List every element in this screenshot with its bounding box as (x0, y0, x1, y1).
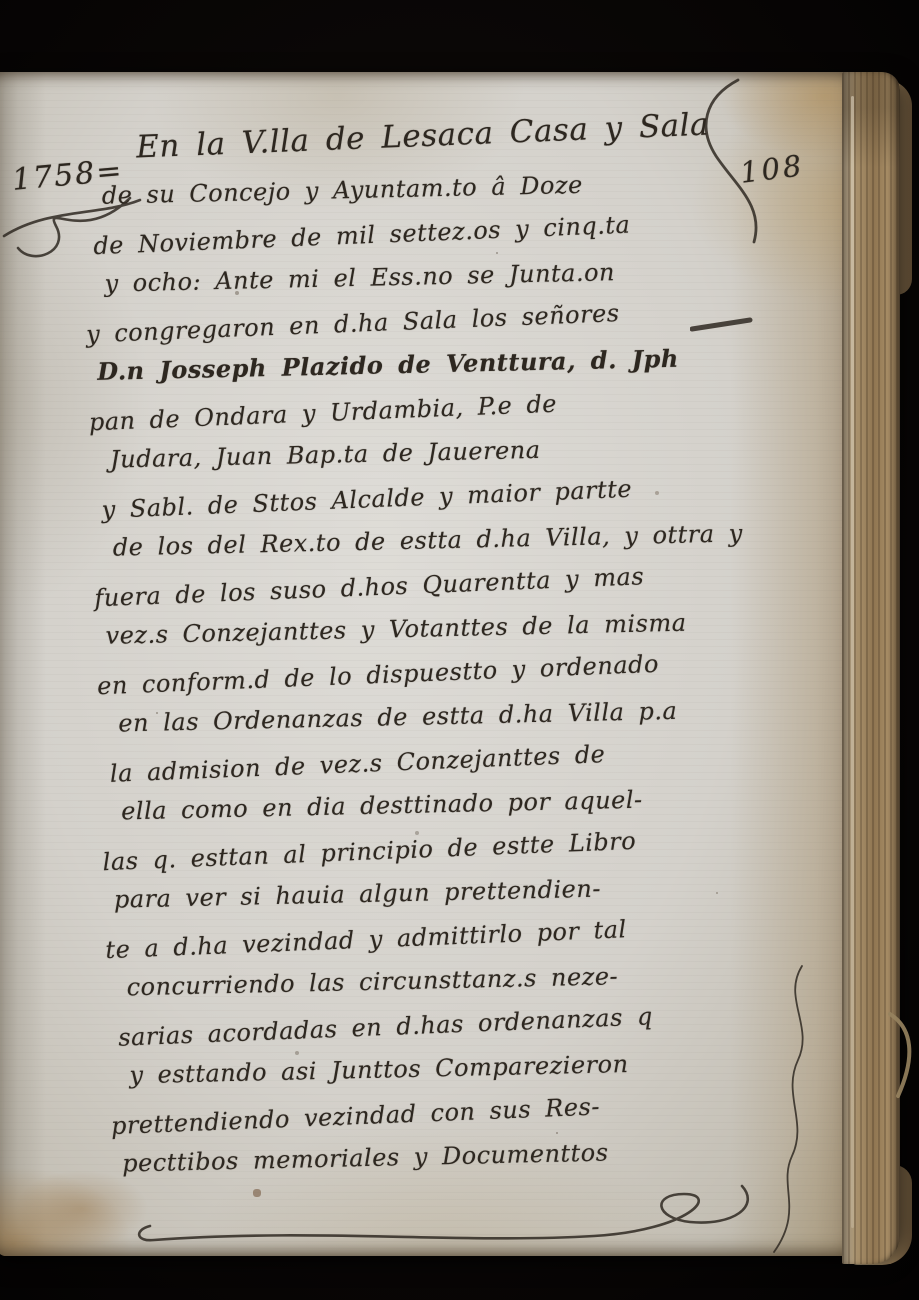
margin-wavy-line (758, 964, 818, 1256)
ink-dash (690, 316, 756, 334)
closing-flourish (124, 1180, 768, 1264)
handwritten-text-block: En la V.lla de Lesaca Casa y Sala de su … (75, 97, 828, 1189)
manuscript-photograph: 1758= 108 En la V.lla de Lesaca Casa y S… (0, 0, 919, 1300)
bookmark-thread (886, 1008, 919, 1102)
manuscript-page: 1758= 108 En la V.lla de Lesaca Casa y S… (0, 72, 900, 1256)
